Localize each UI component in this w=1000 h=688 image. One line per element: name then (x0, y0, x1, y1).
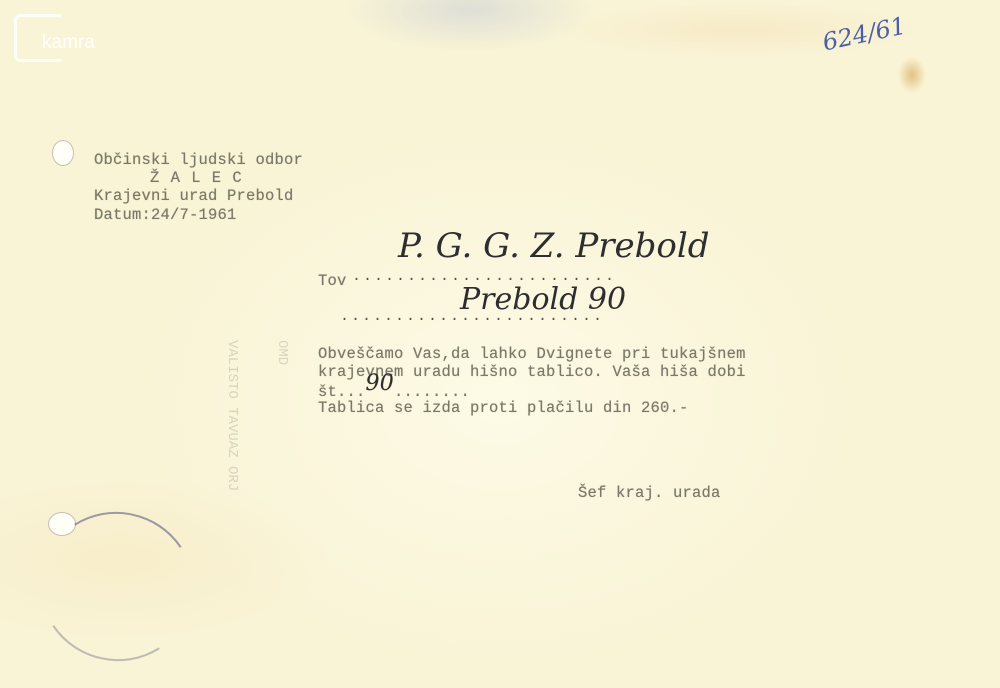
signature-title: Šef kraj. urada (578, 484, 721, 502)
watermark-text: kamra (42, 32, 95, 54)
header-town: Ž A L E C (150, 169, 243, 187)
recipient-dotted-line-2: ........................ (340, 308, 604, 325)
header-date: Datum:24/7-1961 (94, 206, 237, 224)
kamra-watermark: kamra (10, 12, 110, 62)
body-line-4-fee: Tablica se izda proti plačilu din 260.- (318, 399, 689, 417)
bleedthrough-vertical-text: VALISTO TAVUAZ ORJ (224, 340, 240, 491)
date-value: 24/7-1961 (151, 206, 237, 224)
bleedthrough-vertical-text-2: OMD (274, 340, 290, 365)
date-label: Datum: (94, 206, 151, 224)
recipient-name-handwritten: P. G. G. Z. Prebold (398, 226, 710, 266)
recipient-label: Tov (318, 272, 347, 290)
header-office: Krajevni urad Prebold (94, 187, 294, 205)
punch-hole-top (52, 140, 74, 166)
house-number-handwritten: 90 (366, 371, 394, 396)
body-line-1: Obveščamo Vas,da lahko Dvignete pri tuka… (318, 345, 746, 363)
body-line-3: št...90........ (318, 381, 470, 401)
header-committee: Občinski ljudski odbor (94, 151, 303, 169)
